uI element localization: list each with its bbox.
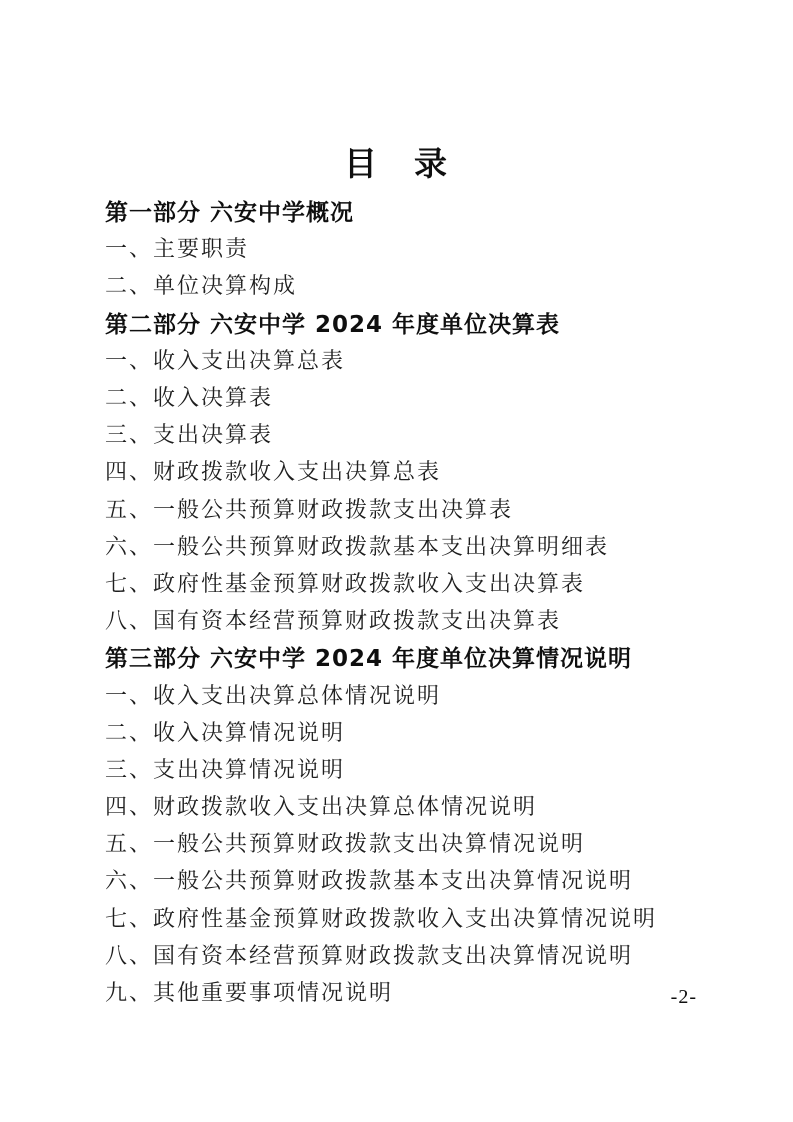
- section-heading-3: 第三部分 六安中学 2024 年度单位决算情况说明: [105, 638, 708, 675]
- toc-item: 五、一般公共预算财政拨款支出决算情况说明: [105, 824, 708, 861]
- toc-item: 七、政府性基金预算财政拨款收入支出决算情况说明: [105, 899, 708, 936]
- toc-item: 三、支出决算情况说明: [105, 750, 708, 787]
- page-number: -2-: [671, 986, 697, 1009]
- section-heading-1: 第一部分 六安中学概况: [105, 192, 708, 229]
- toc-item: 二、收入决算情况说明: [105, 713, 708, 750]
- toc-item: 六、一般公共预算财政拨款基本支出决算明细表: [105, 527, 708, 564]
- toc-item: 八、国有资本经营预算财政拨款支出决算情况说明: [105, 936, 708, 973]
- toc-list: 第一部分 六安中学概况一、主要职责二、单位决算构成第二部分 六安中学 2024 …: [105, 192, 708, 1010]
- toc-item: 六、一般公共预算财政拨款基本支出决算情况说明: [105, 861, 708, 898]
- toc-item: 七、政府性基金预算财政拨款收入支出决算表: [105, 564, 708, 601]
- toc-item: 五、一般公共预算财政拨款支出决算表: [105, 490, 708, 527]
- toc-item: 九、其他重要事项情况说明: [105, 973, 708, 1010]
- toc-title: 目 录: [0, 138, 793, 185]
- toc-item: 一、收入支出决算总体情况说明: [105, 675, 708, 712]
- toc-item: 二、单位决算构成: [105, 266, 708, 303]
- toc-item: 二、收入决算表: [105, 378, 708, 415]
- toc-item: 一、主要职责: [105, 229, 708, 266]
- toc-item: 八、国有资本经营预算财政拨款支出决算表: [105, 601, 708, 638]
- toc-item: 一、收入支出决算总表: [105, 341, 708, 378]
- document-page: 目 录 第一部分 六安中学概况一、主要职责二、单位决算构成第二部分 六安中学 2…: [0, 0, 793, 1122]
- toc-item: 三、支出决算表: [105, 415, 708, 452]
- section-heading-2: 第二部分 六安中学 2024 年度单位决算表: [105, 304, 708, 341]
- toc-item: 四、财政拨款收入支出决算总体情况说明: [105, 787, 708, 824]
- toc-item: 四、财政拨款收入支出决算总表: [105, 452, 708, 489]
